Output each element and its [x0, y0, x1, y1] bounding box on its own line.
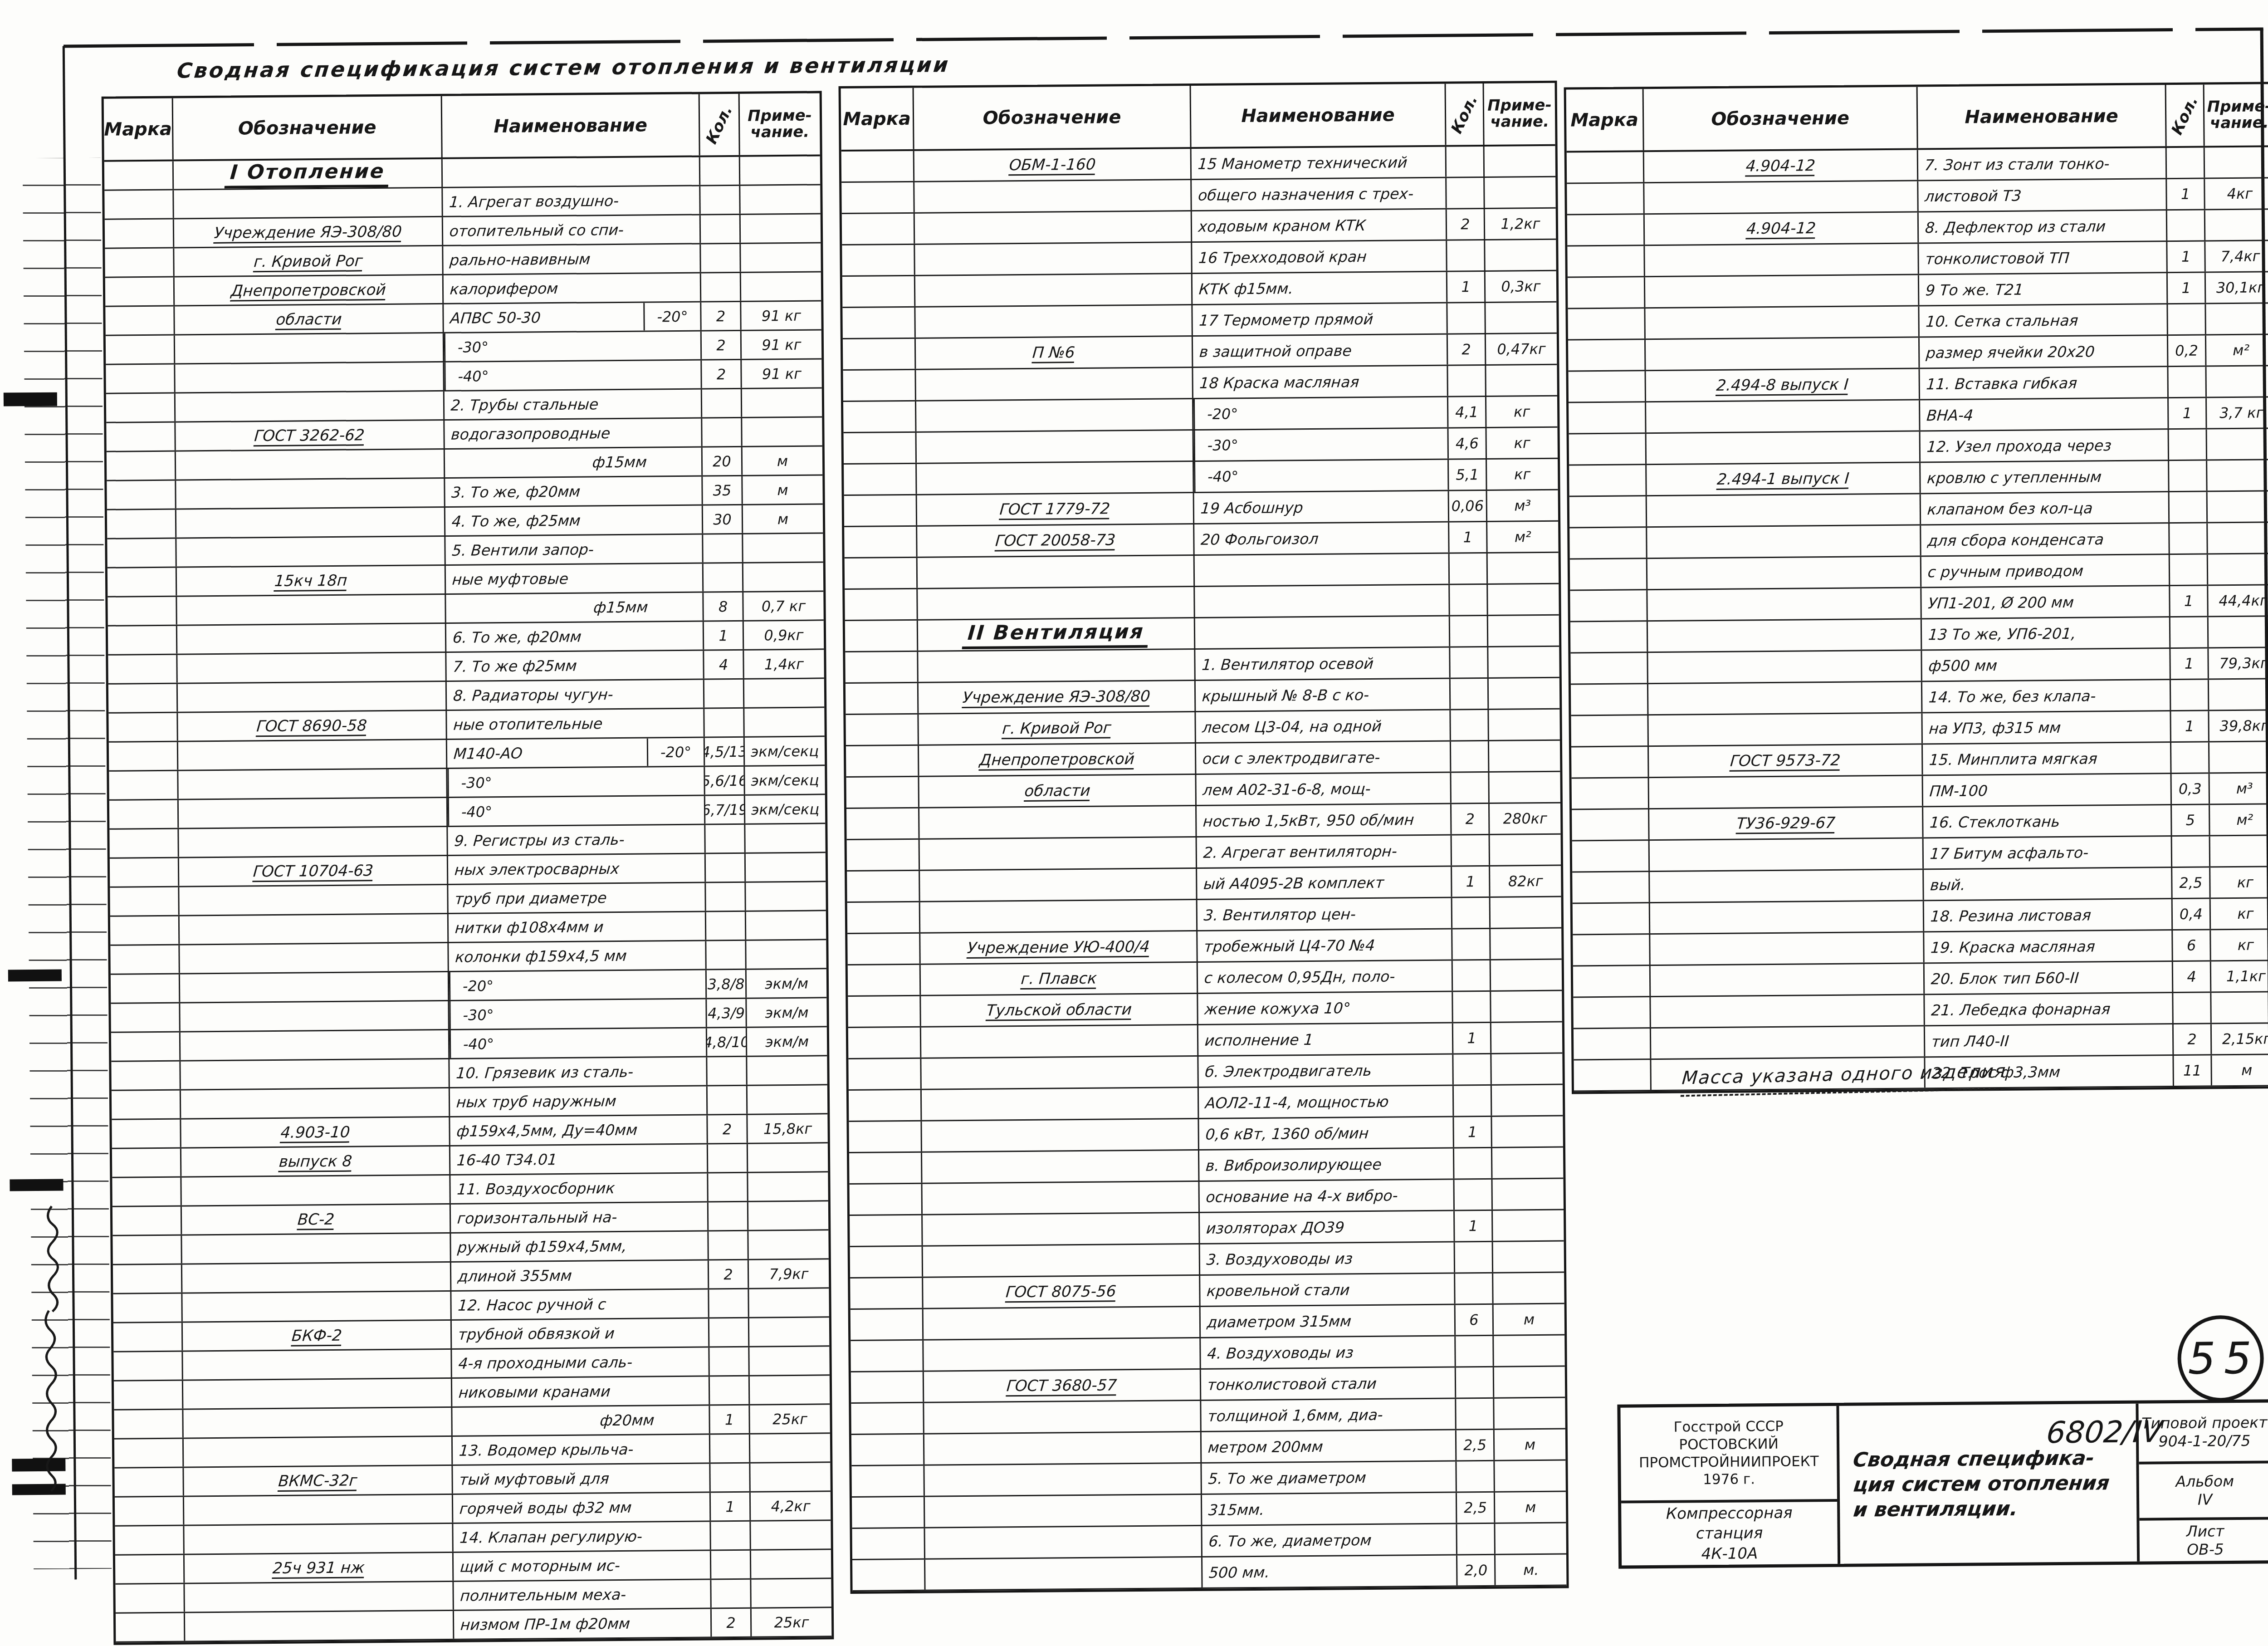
cell-designation — [918, 587, 1195, 619]
cell-note — [2207, 429, 2268, 459]
designation-text: 15кч 18п — [274, 571, 347, 590]
registration-mark — [4, 392, 57, 407]
cell-qty — [2168, 304, 2206, 334]
cell-mark — [111, 1004, 180, 1032]
cell-note: 0,9кг — [744, 621, 824, 649]
cell-designation — [179, 798, 448, 828]
page-title: Сводная спецификация систем отопления и … — [176, 52, 951, 83]
name-text: 14. Клапан регулирую- — [453, 1527, 710, 1546]
table-header: Марка Обозначение Наименование Кол. Прим… — [841, 83, 1555, 152]
cell-qty — [704, 563, 743, 592]
cell-note — [747, 1056, 827, 1084]
cell-qty — [2169, 460, 2208, 491]
cell-note — [750, 1463, 830, 1491]
cell-note — [742, 417, 822, 446]
cell-qty: 4,3/9 — [707, 999, 747, 1027]
designation-text: Днепропетровской — [230, 280, 387, 300]
cell-note — [2209, 679, 2268, 710]
cell-note — [746, 853, 826, 881]
cell-qty — [711, 1551, 751, 1579]
header-qty: Кол. — [1446, 83, 1485, 145]
cell-note: экм/секц — [745, 766, 825, 794]
name-text: горизонтальный на- — [451, 1207, 708, 1227]
cell-name: с колесом 0,95Дн, поло- — [1198, 961, 1453, 993]
cell-qty — [1453, 1054, 1492, 1085]
name-text: водогазопроводные — [445, 423, 702, 443]
cell-designation — [918, 650, 1195, 682]
margin-handwriting-illegible — [20, 1197, 82, 1542]
cell-qty: 1 — [2169, 398, 2207, 428]
cell-note — [740, 156, 820, 184]
cell-mark — [842, 245, 915, 275]
table-row: П №6в защитной оправе20,47кг — [843, 334, 1557, 371]
cell-name: ф15мм — [446, 593, 704, 622]
cell-note — [1486, 303, 1557, 333]
name-text: клапаном без кол-ца — [1921, 499, 2169, 518]
cell-name: 8. Радиаторы чугун- — [447, 680, 704, 709]
name-text: ф500 мм — [1922, 655, 2170, 675]
cell-note: м — [743, 446, 822, 475]
cell-qty — [709, 1289, 749, 1318]
cell-designation: ГОСТ 3680-57 — [924, 1370, 1201, 1402]
table-row: на УП3, ф315 мм139,8кг — [1571, 710, 2268, 747]
table-row: Днепропетровскойоси с электродвигате- — [846, 741, 1560, 778]
cell-designation: 15кч 18п — [177, 566, 446, 596]
table-row: Учреждение УЮ-400/4тробежный Ц4-70 №4 — [847, 929, 1561, 965]
cell-designation — [181, 1059, 450, 1089]
cell-designation — [925, 1558, 1202, 1581]
designation-text: ГОСТ 10704-63 — [252, 862, 374, 881]
cell-mark — [849, 1153, 923, 1183]
cell-name: -40° — [1194, 460, 1449, 492]
cell-note: м — [2212, 1055, 2268, 1085]
name-text: 3. Вентилятор цен- — [1198, 904, 1452, 924]
cell-note: 1,1кг — [2211, 961, 2268, 991]
cell-designation — [182, 1292, 451, 1322]
table-row: 17 Термометр прямой — [842, 303, 1556, 339]
cell-designation — [922, 1119, 1199, 1151]
cell-designation — [175, 333, 444, 363]
cell-qty — [2172, 836, 2211, 867]
cell-note — [1486, 365, 1557, 396]
cell-designation: Учреждение ЯЭ-308/80 — [919, 681, 1196, 713]
table-row: 21. Лебедка фонарная — [1573, 992, 2268, 1029]
name-text: КТК ф15мм. — [1193, 278, 1447, 298]
table-row: ый А4095-2В комплект182кг — [847, 866, 1561, 903]
sheet-ref: Лист ОВ-5 — [2139, 1519, 2268, 1561]
cell-qty — [1454, 1180, 1493, 1210]
cell-qty — [709, 1202, 748, 1230]
cell-qty — [1450, 647, 1489, 678]
cell-designation — [920, 838, 1197, 870]
cell-qty: 4 — [704, 651, 744, 679]
cell-designation — [1649, 776, 1923, 808]
designation-text: 2.494-1 выпуск I — [1716, 470, 1850, 489]
cell-name: основание на 4-х вибро- — [1200, 1180, 1455, 1211]
cell-qty — [701, 215, 741, 243]
cell-note — [744, 679, 824, 707]
cell-mark — [104, 191, 174, 219]
cell-qty — [1457, 1524, 1496, 1554]
table-row: 315мм.2,5м — [852, 1492, 1566, 1529]
page-number-circle: 55 — [2177, 1315, 2264, 1401]
table-row: размер ячейки 20х200,2м² — [1568, 335, 2268, 372]
designation-text: ВС-2 — [297, 1210, 335, 1229]
cell-designation: ОБМ-1-160 — [914, 149, 1192, 181]
cell-name — [1195, 554, 1450, 586]
cell-note: 3,7 кг — [2207, 397, 2268, 428]
cell-qty — [2167, 210, 2206, 240]
cell-designation — [1645, 244, 1919, 276]
cell-mark — [1570, 590, 1648, 621]
cell-designation: Днепропетровской — [919, 744, 1196, 776]
cell-designation — [924, 1401, 1201, 1433]
cell-name: тип Л40-II — [1925, 1024, 2174, 1056]
cell-note: кг — [2211, 898, 2268, 929]
name-text: 12. Насос ручной с — [451, 1294, 709, 1314]
table-row: исполнение 11 — [848, 1023, 1562, 1059]
cell-qty: 1 — [1447, 272, 1486, 302]
cell-qty — [702, 389, 742, 417]
header-mark: Марка — [1566, 89, 1644, 151]
table-row: 4.904-128. Дефлектор из стали — [1567, 210, 2268, 246]
cell-name: 0,6 кВт, 1360 об/мин — [1199, 1117, 1454, 1149]
cell-qty — [2171, 680, 2209, 710]
name-text: с колесом 0,95Дн, поло- — [1198, 967, 1452, 986]
cell-qty: 4,5/13 — [705, 738, 745, 766]
cell-name: 11. Вставка гибкая — [1920, 367, 2169, 399]
cell-mark — [847, 871, 920, 901]
cell-designation — [176, 537, 445, 567]
cell-designation: П №6 — [916, 337, 1193, 369]
cell-designation: 4.904-12 — [1645, 212, 1919, 245]
cell-designation — [924, 1338, 1201, 1371]
table-row: общего назначения с трех- — [841, 177, 1555, 214]
cell-note — [1491, 991, 1562, 1022]
cell-name: АОЛ2-11-4, мощностью — [1199, 1086, 1454, 1117]
title-block-org: Госстрой СССР РОСТОВСКИЙ ПРОМСТРОЙНИИПРО… — [1620, 1406, 1840, 1566]
name-text: ф20мм — [452, 1411, 709, 1430]
cell-name: 17 Битум асфальто- — [1924, 837, 2173, 868]
cell-qty — [704, 680, 744, 708]
cell-mark — [112, 1149, 181, 1177]
temperature-variant: -20° — [449, 972, 506, 1000]
cell-mark — [105, 220, 174, 248]
cell-note: 30,1кг — [2206, 272, 2268, 303]
cell-qty: 1 — [1449, 522, 1488, 553]
cell-mark — [850, 1341, 924, 1371]
cell-designation — [181, 1088, 450, 1118]
name-text: 4-я проходными саль- — [452, 1352, 709, 1372]
name-text: в. Виброизолирующее — [1199, 1155, 1454, 1174]
cell-mark — [844, 495, 918, 526]
cell-name: ных труб наружным — [450, 1086, 708, 1116]
cell-mark — [105, 278, 175, 306]
cell-qty — [701, 273, 741, 301]
cell-designation: г. Кривой Рог — [174, 246, 443, 276]
name-text: 17 Битум асфальто- — [1924, 843, 2172, 862]
designation-text: ТУ36-929-67 — [1736, 814, 1836, 833]
cell-name: -30° — [447, 767, 705, 796]
name-text: длиной 355мм — [451, 1265, 709, 1285]
name-text: АОЛ2-11-4, мощностью — [1199, 1092, 1453, 1112]
designation-text: области — [275, 310, 342, 328]
cell-qty: 2 — [2174, 1024, 2212, 1054]
cell-note: 0,47кг — [1486, 334, 1557, 364]
cell-qty — [708, 1086, 748, 1114]
designation-text: ГОСТ 8690-58 — [256, 716, 367, 735]
cell-qty: 2,5 — [1457, 1493, 1496, 1523]
cell-name: 18. Резина листовая — [1924, 899, 2173, 931]
object-name: Компрессорная станция 4К-10А — [1621, 1502, 1838, 1566]
table-row: ностью 1,5кВт, 950 об/мин2280кг — [846, 803, 1560, 840]
name-text: общего назначения с трех- — [1192, 184, 1446, 204]
cell-name: 2. Трубы стальные — [445, 389, 702, 419]
cell-designation — [915, 274, 1193, 306]
cell-note: м — [743, 505, 823, 533]
cell-qty: 6,7/19 — [705, 796, 745, 824]
cell-mark — [108, 568, 177, 596]
cell-qty — [1453, 992, 1491, 1022]
cell-name: калорифером — [444, 273, 701, 303]
cell-note — [744, 708, 824, 736]
cell-note — [745, 824, 825, 852]
cell-note — [1493, 1273, 1564, 1303]
cell-qty: 1 — [1455, 1211, 1493, 1241]
cell-name: 10. Грязевик из сталь- — [450, 1057, 707, 1087]
name-text: 4. Воздуховоды из — [1201, 1342, 1455, 1362]
temperature-variant: -30° — [447, 769, 504, 797]
cell-name: в защитной оправе — [1193, 335, 1448, 367]
cell-designation — [1648, 619, 1922, 652]
cell-designation — [1647, 557, 1921, 589]
cell-designation — [1648, 713, 1922, 745]
cell-qty — [710, 1435, 750, 1463]
cell-qty — [1451, 679, 1489, 709]
cell-qty — [2167, 147, 2205, 178]
table-row: изоляторах ДО391 — [850, 1210, 1564, 1247]
designation-text: II Вентиляция — [962, 620, 1150, 649]
cell-mark — [852, 1560, 926, 1581]
cell-designation — [916, 399, 1193, 431]
name-text: 6. То же, ф20мм — [446, 627, 704, 646]
cell-name: исполнение 1 — [1198, 1023, 1454, 1055]
cell-name: КТК ф15мм. — [1193, 272, 1448, 304]
cell-mark — [108, 655, 177, 683]
cell-designation — [925, 1495, 1202, 1527]
table-row: областилем А02-31-6-8, мощ- — [846, 772, 1560, 809]
cell-mark — [1569, 371, 1647, 402]
table-row: II Вентиляция — [845, 616, 1559, 652]
name-text: 315мм. — [1202, 1499, 1457, 1519]
cell-designation — [915, 305, 1193, 338]
cell-designation — [1651, 964, 1925, 996]
cell-mark — [1567, 215, 1645, 245]
name-text: труб при диаметре — [448, 888, 705, 907]
cell-designation — [181, 1176, 450, 1205]
table-row: 3. Воздуховоды из — [850, 1242, 1564, 1279]
cell-note — [1489, 772, 1560, 803]
cell-note — [1491, 1054, 1563, 1084]
cell-name: ностью 1,5кВт, 950 об/мин — [1197, 804, 1452, 836]
table-row: клапаном без кол-ца — [1569, 491, 2268, 528]
cell-mark — [114, 1439, 184, 1467]
cell-name: 14. То же, без клапа- — [1922, 680, 2171, 712]
table-row: ОБМ-1-16015 Манометр технический — [841, 146, 1555, 183]
cell-note — [1489, 678, 1560, 709]
name-text: ных труб наружным — [450, 1091, 707, 1111]
designation-text: ГОСТ 9573-72 — [1730, 751, 1841, 770]
header-designation: Обозначение — [173, 96, 443, 160]
cell-name: метром 200мм — [1202, 1430, 1457, 1462]
name-text: в защитной оправе — [1193, 341, 1447, 360]
cell-designation — [925, 1526, 1202, 1558]
cell-designation — [176, 508, 445, 538]
cell-qty — [700, 186, 740, 214]
cell-mark — [852, 1497, 925, 1528]
cell-qty: 4 — [2173, 961, 2212, 992]
name-text: 9 То же. Т21 — [1919, 279, 2167, 299]
cell-mark — [109, 829, 179, 857]
cell-mark — [851, 1372, 924, 1402]
name-text: тонколистовой стали — [1201, 1374, 1456, 1393]
table-row: ГОСТ 20058-7320 Фольгоизол1м² — [844, 522, 1558, 558]
cell-qty: 1 — [1454, 1117, 1492, 1147]
cell-designation — [1650, 901, 1924, 933]
name-text: ПМ-100 — [1923, 780, 2171, 800]
cell-designation — [922, 1151, 1199, 1183]
cell-name: 19. Краска масляная — [1924, 931, 2173, 962]
cell-note — [1488, 616, 1559, 646]
cell-name: кровельной стали — [1200, 1274, 1456, 1305]
cell-qty — [1457, 1461, 1495, 1492]
cell-mark — [106, 336, 175, 364]
cell-note — [748, 1201, 828, 1230]
cell-name: 315мм. — [1202, 1493, 1457, 1524]
cell-designation — [178, 769, 447, 799]
cell-note — [750, 1376, 830, 1404]
cell-qty — [1450, 585, 1488, 615]
cell-note: экм/м — [747, 998, 826, 1026]
title-block-doc-title: Сводная специфика- ция систем отопления … — [1839, 1404, 2140, 1564]
name-text: 20 Фольгоизол — [1194, 529, 1449, 548]
cell-note: кг — [1486, 397, 1558, 427]
table-header: Марка Обозначение Наименование Кол. Прим… — [1566, 84, 2268, 152]
cell-name: М140-АО-20° — [447, 738, 705, 767]
cell-mark — [114, 1410, 183, 1438]
cell-mark — [852, 1528, 925, 1559]
cell-mark — [845, 558, 918, 588]
cell-note: 79,3кг — [2209, 648, 2268, 678]
cell-mark — [1571, 684, 1649, 715]
cell-name: 17 Термометр прямой — [1193, 304, 1448, 335]
cell-mark — [106, 365, 175, 393]
cell-designation — [915, 211, 1192, 244]
designation-text: Тульской области — [986, 1000, 1133, 1020]
cell-qty: 2 — [1447, 209, 1486, 240]
cell-qty — [1450, 616, 1489, 647]
cell-mark — [850, 1215, 923, 1246]
table-row: 1. Вентилятор осевой — [845, 647, 1559, 684]
cell-qty — [708, 1144, 748, 1172]
designation-text: Днепропетровской — [979, 750, 1135, 769]
cell-mark — [108, 626, 177, 654]
cell-mark — [844, 433, 917, 463]
cell-mark — [1571, 715, 1649, 746]
cell-note — [2208, 554, 2268, 584]
cell-mark — [109, 742, 178, 770]
table-row: в. Виброизолирующее — [849, 1148, 1563, 1185]
designation-text: г. Кривой Рог — [1002, 719, 1112, 738]
org-name: Госстрой СССР РОСТОВСКИЙ ПРОМСТРОЙНИИПРО… — [1620, 1406, 1837, 1504]
cell-name: листовой Т3 — [1918, 179, 2167, 211]
cell-mark — [110, 887, 179, 916]
cell-qty: 1 — [704, 622, 744, 650]
cell-mark — [112, 1178, 181, 1206]
cell-mark — [1567, 152, 1645, 182]
cell-note — [2206, 304, 2268, 334]
table-row: -40°5,1кг — [844, 459, 1558, 496]
cell-note — [1494, 1398, 1565, 1429]
cell-mark — [1573, 997, 1651, 1028]
cell-name: общего назначения с трех- — [1192, 178, 1447, 210]
name-text: лесом Ц3-04, на одной — [1196, 716, 1450, 736]
cell-mark — [113, 1294, 182, 1322]
header-designation: Обозначение — [1644, 87, 1918, 150]
cell-note: кг — [2211, 930, 2268, 960]
cell-designation — [921, 1025, 1198, 1058]
name-text: М140-АО — [447, 743, 648, 762]
header-mark: Марка — [104, 98, 174, 160]
cell-name: ходовым краном КТК — [1192, 210, 1447, 241]
designation-text: 2.494-8 выпуск I — [1716, 376, 1849, 395]
cell-note: 91 кг — [742, 330, 821, 358]
table-row: 12. Узел прохода через — [1569, 429, 2268, 465]
cell-note: 1,2кг — [1485, 209, 1556, 239]
name-text: 5. То же диаметром — [1202, 1468, 1456, 1487]
cell-mark — [843, 339, 916, 369]
header-qty: Кол. — [2166, 84, 2205, 146]
cell-qty — [1456, 1399, 1495, 1429]
name-text: тонколистовой ТП — [1919, 248, 2167, 268]
cell-designation — [1645, 275, 1919, 307]
cell-note: 25кг — [750, 1405, 830, 1433]
cell-note — [1485, 146, 1556, 176]
cell-designation: ТУ36-929-67 — [1649, 807, 1923, 839]
cell-name: -30° — [444, 331, 702, 361]
name-text: 2. Агрегат вентиляторн- — [1197, 842, 1452, 861]
cell-name: 3. То же, ф20мм — [445, 476, 703, 506]
designation-text: ГОСТ 3680-57 — [1006, 1376, 1118, 1395]
cell-designation — [914, 180, 1192, 212]
table-row: 18. Резина листовая0,4кг — [1573, 898, 2268, 935]
cell-note — [749, 1288, 829, 1317]
name-text: 19. Краска масляная — [1924, 937, 2172, 956]
cell-note — [746, 911, 826, 939]
cell-name: 20 Фольгоизол — [1194, 523, 1450, 554]
cell-mark — [847, 934, 921, 964]
cell-designation — [1648, 651, 1922, 683]
cell-name: 9. Регистры из сталь- — [448, 825, 705, 854]
cell-qty — [1447, 303, 1486, 333]
cell-qty — [2170, 492, 2208, 522]
cell-name: 1. Вентилятор осевой — [1195, 648, 1451, 680]
cell-name: 2. Агрегат вентиляторн- — [1197, 836, 1452, 867]
sheet-border-top — [64, 27, 2263, 48]
name-text: 9. Регистры из сталь- — [448, 830, 705, 849]
cell-qty — [1455, 1274, 1494, 1304]
cell-designation — [1647, 494, 1921, 526]
